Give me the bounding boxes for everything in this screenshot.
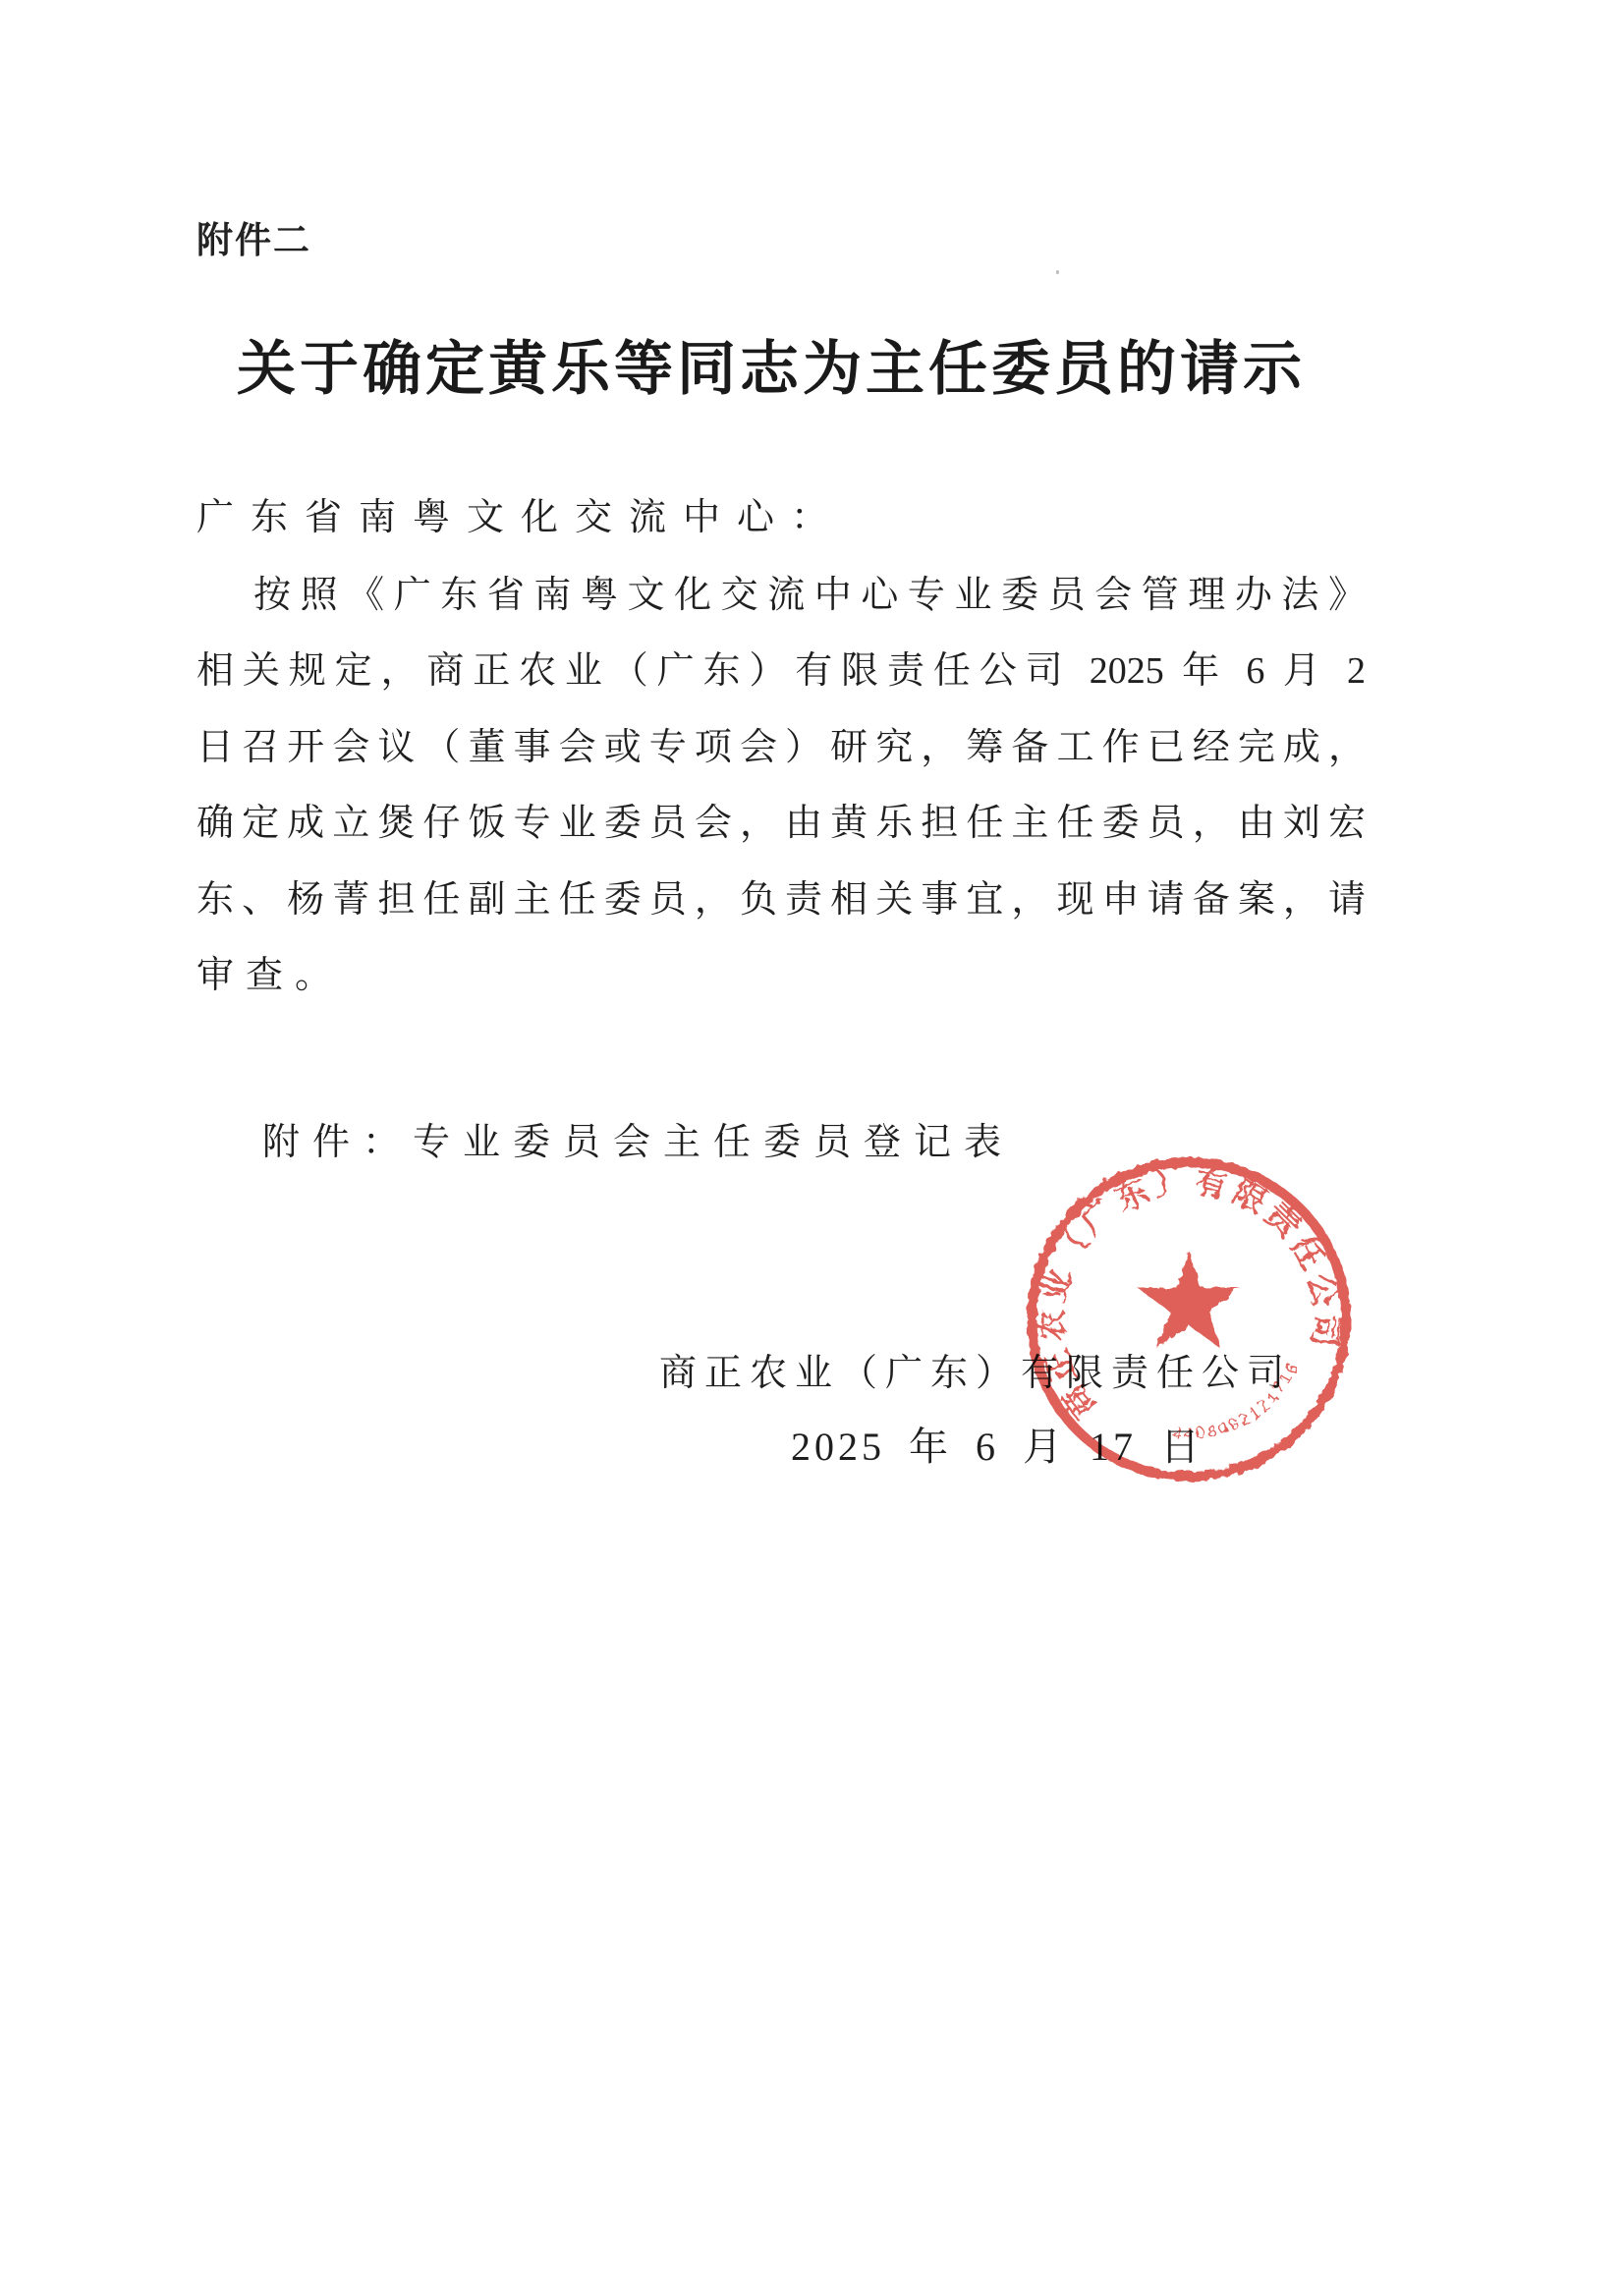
scan-speck [1056,270,1059,274]
seal-serial-text-path: 4408062121716 [1171,1358,1304,1443]
body-line: 东、杨菁担任副主任委员，负责相关事宜，现申请备案，请 [196,880,1366,931]
attachment-label: 附件二 [196,210,311,263]
salutation: 广东省南粤文化交流中心： [196,499,845,536]
seal-serial-number: 4408062121716 [1171,1358,1304,1443]
document-page: 附件二 关于确定黄乐等同志为主任委员的请示 广东省南粤文化交流中心： 按照《广东… [0,0,1624,2295]
body-line: 日召开会议（董事会或专项会）研究，筹备工作已经完成， [196,728,1366,779]
page-title: 关于确定黄乐等同志为主任委员的请示 [39,322,1503,407]
star-icon [1138,1251,1241,1349]
body-line: 按照《广东省南粤文化交流中心专业委员会管理办法》 [196,576,1366,627]
body-line: 相关规定，商正农业（广东）有限责任公司 2025 年 6 月 2 [196,651,1366,702]
attachment-note: 附件：专业委员会主任委员登记表 [262,1111,1014,1165]
body-line: 审查。 [196,956,1366,1007]
body-line: 确定成立煲仔饭专业委员会，由黄乐担任主任委员，由刘宏 [196,804,1366,855]
company-seal-stamp: 商正农业（广东）有限责任公司 4408062121716 [1017,1147,1361,1491]
